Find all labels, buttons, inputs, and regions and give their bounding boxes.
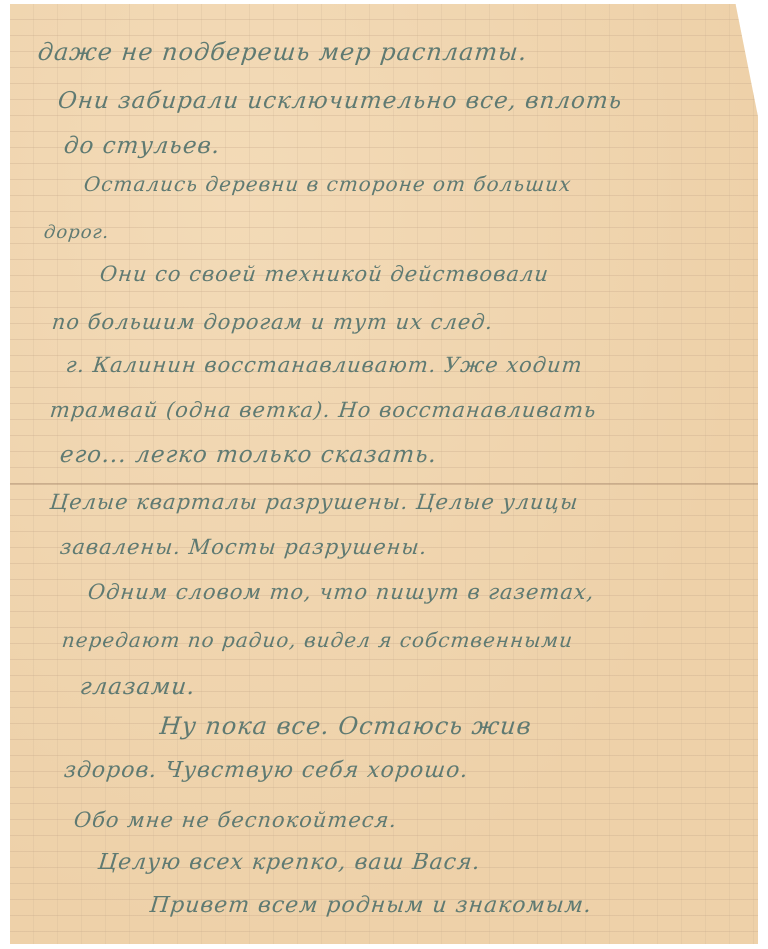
- letter-line: Целую всех крепко, ваш Вася.: [97, 850, 482, 875]
- letter-line: Целые кварталы разрушены. Целые улицы: [49, 490, 580, 514]
- letter-line: Они забирали исключительно все, вплоть: [57, 88, 624, 114]
- letter-line: Обо мне не беспокойтеся.: [73, 808, 399, 832]
- letter-line: здоров. Чувствую себя хорошо.: [63, 758, 470, 783]
- letter-line: даже не подберешь мер расплаты.: [37, 38, 529, 66]
- letter-line: Они со своей техникой действовали: [99, 262, 550, 286]
- letter-line: Привет всем родным и знакомым.: [149, 893, 594, 918]
- letter-line: до стульев.: [63, 133, 222, 159]
- letter-line: дорог.: [43, 222, 111, 243]
- letter-line: г. Калинин восстанавливают. Уже ходит: [65, 353, 584, 377]
- letter-line: завалены. Мосты разрушены.: [59, 535, 429, 559]
- letter-line: его... легко только сказать.: [59, 442, 439, 468]
- letter-line: по большим дорогам и тут их след.: [51, 310, 495, 334]
- paper-fold-line: [10, 483, 758, 485]
- letter-line: Остались деревни в стороне от больших: [83, 172, 573, 196]
- letter-line: Ну пока все. Остаюсь жив: [159, 712, 534, 740]
- letter-line: глазами.: [79, 674, 197, 700]
- letter-line: передают по радио, видел я собственными: [61, 628, 575, 652]
- letter-line: трамвай (одна ветка). Но восстанавливать: [49, 398, 598, 422]
- letter-line: Одним словом то, что пишут в газетах,: [87, 580, 596, 604]
